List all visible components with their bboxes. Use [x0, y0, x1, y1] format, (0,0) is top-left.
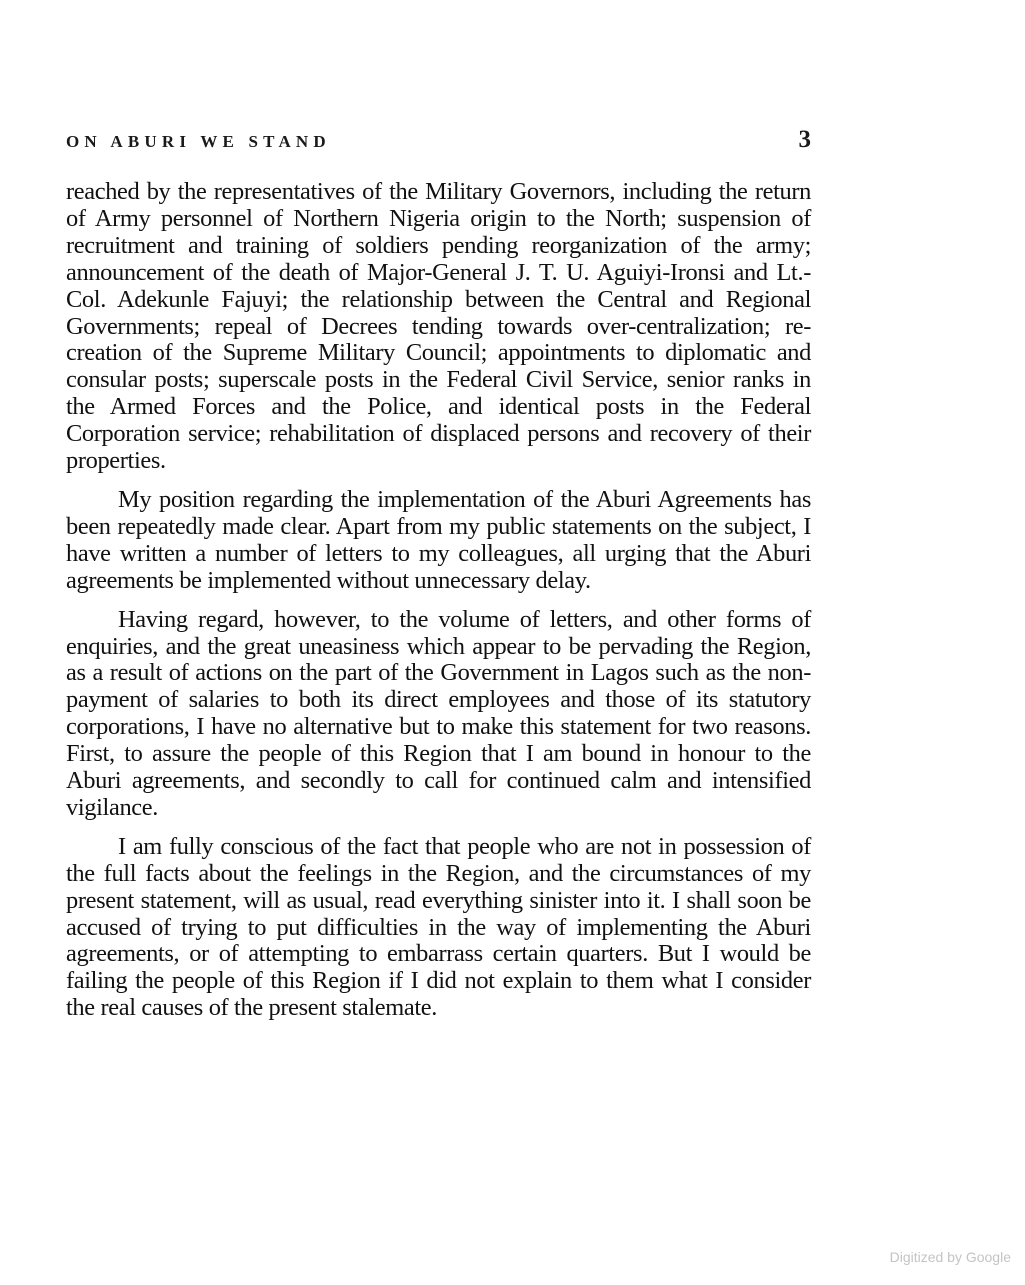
- running-head: ON ABURI WE STAND 3: [66, 130, 811, 156]
- digitized-watermark: Digitized by Google: [890, 1249, 1011, 1265]
- paragraph-having-regard: Having regard, however, to the volume of…: [66, 607, 811, 822]
- running-title: ON ABURI WE STAND: [66, 132, 331, 152]
- page-number: 3: [799, 126, 812, 154]
- body-text: reached by the representatives of the Mi…: [66, 179, 811, 1034]
- paragraph-fully-conscious: I am fully conscious of the fact that pe…: [66, 834, 811, 1022]
- paragraph-position: My position regarding the implementation…: [66, 487, 811, 595]
- paragraph-continuation: reached by the representatives of the Mi…: [66, 179, 811, 475]
